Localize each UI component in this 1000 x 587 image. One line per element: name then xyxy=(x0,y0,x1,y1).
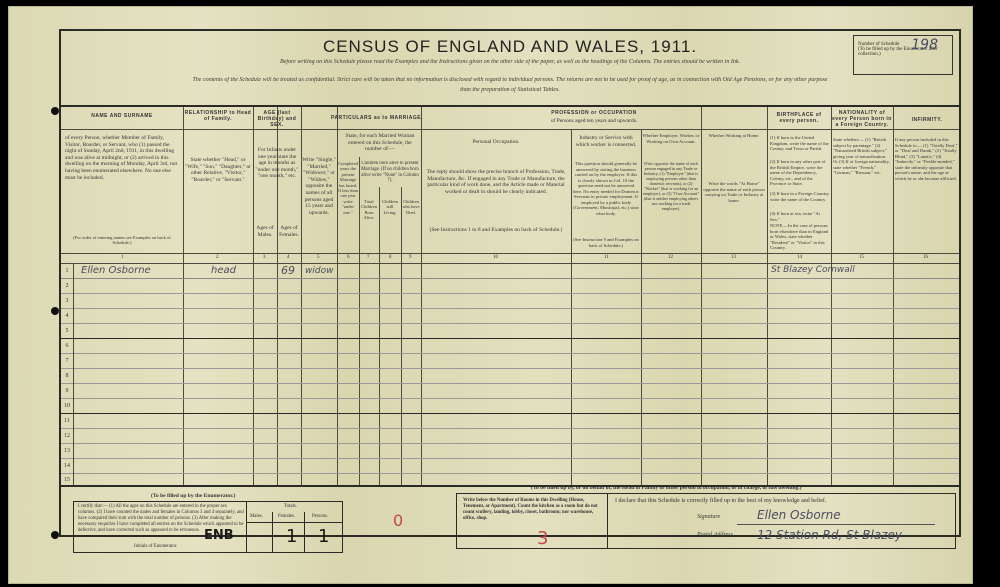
head-of-family-box: Write below the Number of Rooms in this … xyxy=(456,493,956,549)
col-desc-employer: Write opposite the name of each person e… xyxy=(642,161,700,211)
col-children-died: Children who have Died. xyxy=(402,199,420,215)
col-header-nationality: NATIONALITY of every Person born in a Fo… xyxy=(832,110,892,128)
head-of-family-heading: (To be filled up by, or on behalf of, th… xyxy=(531,485,801,491)
total-females: 1 xyxy=(286,526,297,547)
entry-age-female: 69 xyxy=(281,264,295,277)
col-desc-nationality: State whether:— (1) "British subject by … xyxy=(833,137,891,176)
col-desc-marital: Write "Single," "Married," "Widower," or… xyxy=(302,157,336,216)
row-number: 14 xyxy=(61,463,73,469)
col-females: Ages of Females. xyxy=(278,225,300,238)
signature: Ellen Osborne xyxy=(757,508,841,522)
col-header-employer: Whether Employer, Worker, or Working on … xyxy=(642,133,700,144)
row-number: 9 xyxy=(61,388,73,394)
row-number: 1 xyxy=(61,268,73,274)
col-header-infirmity: INFIRMITY. xyxy=(894,117,960,123)
punch-hole xyxy=(51,307,59,315)
entry-birthplace: St Blazey Cornwall xyxy=(771,265,855,275)
row-number: 10 xyxy=(61,403,73,409)
row-number: 7 xyxy=(61,358,73,364)
punch-hole xyxy=(51,107,59,115)
col-subtitle-profession: of Persons aged ten years and upwards. xyxy=(422,118,766,125)
signature-label: Signature xyxy=(697,514,720,522)
col-note-industry: (See Instruction 9 and Examples on back … xyxy=(573,237,639,248)
col-desc-age: For Infants under one year state the age… xyxy=(254,147,300,180)
col-header-home: Whether Working at Home. xyxy=(702,133,766,139)
enumerator-heading: (To be filled up by the Enumerator.) xyxy=(151,493,235,499)
schedule-frame: CENSUS OF ENGLAND AND WALES, 1911. Befor… xyxy=(59,29,961,537)
col-desc-birthplace-2: (2) If born in any other part of the Bri… xyxy=(770,159,830,187)
enumerator-initials: ENB xyxy=(204,528,234,543)
col-header-age: AGE (last Birthday) and SEX. xyxy=(254,110,300,128)
schedule-number-value: 198 xyxy=(911,37,938,53)
row-number: 8 xyxy=(61,373,73,379)
entry-name: Ellen Osborne xyxy=(81,265,151,276)
postal-address-label: Postal Address xyxy=(697,532,733,540)
col-desc-infirmity: If any person included in this Schedule … xyxy=(895,137,959,181)
col-note-birthplace: NOTE.—In the case of persons born elsewh… xyxy=(770,223,830,251)
col-desc-industry: This question should generally be answer… xyxy=(573,161,639,216)
col-header-profession: PROFESSION or OCCUPATION xyxy=(422,110,766,116)
col-desc-home: Write the words "At Home" opposite the n… xyxy=(702,181,766,203)
col-desc-birthplace-4: (4) If born at sea, write "At Sea." xyxy=(770,211,830,222)
col-desc-children: Children born alive to present Marriage.… xyxy=(361,161,419,184)
col-total-children: Total Children Born Alive. xyxy=(360,199,378,221)
confidentiality-notice-cont: than the preparation of Statistical Tabl… xyxy=(73,87,947,93)
instruction-line: Before writing on this Schedule please r… xyxy=(73,59,947,65)
row-number: 13 xyxy=(61,448,73,454)
rooms-instruction: Write below the Number of Rooms in this … xyxy=(463,498,603,522)
census-schedule-sheet: CENSUS OF ENGLAND AND WALES, 1911. Befor… xyxy=(8,6,973,584)
row-number: 15 xyxy=(61,477,73,483)
row-number: 4 xyxy=(61,313,73,319)
row-number: 3 xyxy=(61,298,73,304)
col-header-birthplace: BIRTHPLACE of every person. xyxy=(768,112,830,124)
confidentiality-notice: The contents of the Schedule will be tre… xyxy=(73,77,947,83)
declaration: I declare that this Schedule is correctl… xyxy=(615,498,826,506)
col-children-living: Children still Living. xyxy=(380,199,400,215)
household-table: NAME AND SURNAME of every Person, whethe… xyxy=(61,105,959,487)
col-desc-married-woman: State, for each Married Woman entered on… xyxy=(341,133,419,153)
row-number: 2 xyxy=(61,283,73,289)
col-header-personal-occupation: Personal Occupation. xyxy=(423,139,569,146)
col-header-industry: Industry or Service with which worker is… xyxy=(573,135,639,148)
col-note-personal-occupation: (See Instructions 1 to 8 and Examples on… xyxy=(425,227,567,234)
enumerator-box: I certify that:— (1) All the ages on thi… xyxy=(73,501,343,553)
col-desc-years-married: Completed years the present Marriage has… xyxy=(338,161,358,215)
entry-marital-status: widow xyxy=(305,266,333,276)
punch-hole xyxy=(51,531,59,539)
row-number: 5 xyxy=(61,328,73,334)
row-number: 11 xyxy=(61,418,73,424)
col-desc-personal-occupation: The reply should show the precise branch… xyxy=(425,169,567,195)
schedule-number-box: Number of Schedule (To be filled up by t… xyxy=(853,35,953,75)
col-note-name: (For order of entering names see Example… xyxy=(65,235,179,246)
col-desc-name: of every Person, whether Member of Famil… xyxy=(65,135,179,181)
col-desc-relationship: State whether "Head," or "Wife," "Son," … xyxy=(185,157,251,183)
col-header-name: NAME AND SURNAME xyxy=(63,113,181,119)
row-number: 6 xyxy=(61,343,73,349)
entry-relationship: head xyxy=(211,265,236,276)
red-annotation: 0 xyxy=(393,511,403,530)
col-header-relationship: RELATIONSHIP to Head of Family. xyxy=(184,110,252,122)
row-number: 12 xyxy=(61,433,73,439)
col-desc-birthplace-3: (3) If born in a Foreign Country, write … xyxy=(770,191,830,202)
number-of-rooms: 3 xyxy=(537,528,548,549)
col-males: Ages of Males. xyxy=(254,225,276,238)
postal-address: 12 Station Rd, St Blazey xyxy=(757,528,902,542)
col-desc-birthplace: (1) If born in the United Kingdom, write… xyxy=(770,135,830,152)
total-persons: 1 xyxy=(318,526,329,547)
enumerator-initials-label: Initials of Enumerator. xyxy=(134,544,177,550)
page-title: CENSUS OF ENGLAND AND WALES, 1911. xyxy=(61,37,959,57)
